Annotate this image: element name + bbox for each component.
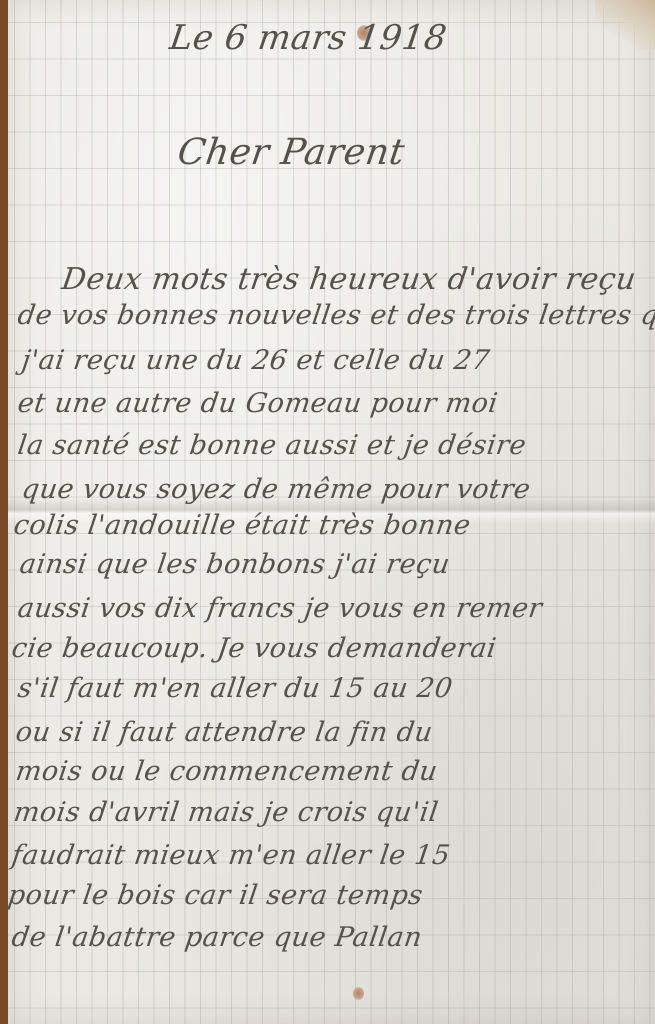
letter-date: Le 6 mars 1918: [167, 18, 449, 58]
letter-line: colis l'andouille était très bonne: [12, 510, 473, 541]
letter-line: mois d'avril mais je crois qu'il: [12, 797, 441, 828]
folded-corner: [595, 0, 655, 50]
letter-line: pour le bois car il sera temps: [6, 880, 425, 911]
letter-line: s'il faut m'en aller du 15 au 20: [16, 673, 455, 704]
letter-line: la santé est bonne aussi et je désire: [16, 430, 528, 461]
letter-line: que vous soyez de même pour votre: [20, 474, 533, 505]
letter-line: cie beaucoup. Je vous demanderai: [10, 633, 499, 664]
letter-line: Deux mots très heureux d'avoir reçu: [60, 262, 639, 297]
stain-mark-bottom: [353, 987, 364, 1000]
letter-line: j'ai reçu une du 26 et celle du 27: [20, 345, 492, 376]
letter-line: ou si il faut attendre la fin du: [14, 717, 435, 748]
letter-salutation: Cher Parent: [175, 132, 407, 173]
letter-line: aussi vos dix francs je vous en remer: [16, 593, 544, 624]
letter-line: ainsi que les bonbons j'ai reçu: [18, 549, 452, 580]
letter-line: faudrait mieux m'en aller le 15: [10, 840, 452, 871]
letter-line: et une autre du Gomeau pour moi: [16, 388, 500, 419]
letter-line: de l'abattre parce que Pallan: [10, 922, 424, 953]
letter-line: mois ou le commencement du: [14, 756, 440, 787]
letter-line: de vos bonnes nouvelles et des trois let…: [16, 300, 655, 331]
